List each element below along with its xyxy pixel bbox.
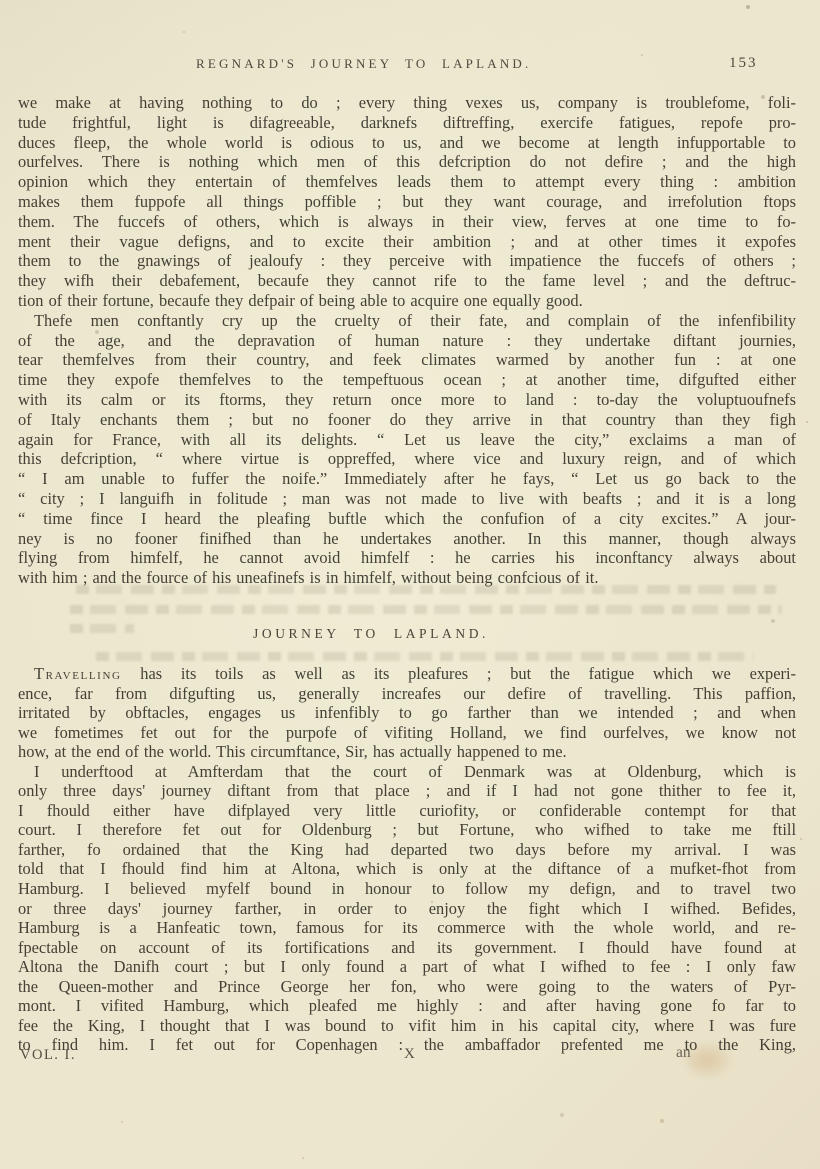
paragraph: we make at having nothing to do ; every … — [18, 93, 796, 311]
body-text-part2: Travelling has its toils as well as its … — [18, 664, 796, 1055]
text-line: with its calm or its ftorms, they return… — [18, 390, 796, 410]
text-line: with him ; and the fource of his uneafin… — [18, 568, 796, 588]
text-line: I fhould either have difplayed very litt… — [18, 801, 796, 821]
text-line: I underftood at Amfterdam that the court… — [18, 762, 796, 782]
text-line: farther, fo ordained that the King had d… — [18, 840, 796, 860]
paragraph: I underftood at Amfterdam that the court… — [18, 762, 796, 1055]
text-line: tion of their fortune, becaufe they defp… — [18, 291, 796, 311]
text-line: we fometimes fet out for the purpofe of … — [18, 723, 796, 743]
show-through-line — [70, 624, 134, 633]
text-line: how, at the end of the world. This circu… — [18, 742, 796, 762]
text-line: them. The fuccefs of others, which is al… — [18, 212, 796, 232]
text-line: of Italy enchants them ; but no fooner d… — [18, 410, 796, 430]
text-line: “ I am unable to fuffer the noife.” Imme… — [18, 469, 796, 489]
text-line: ney is no fooner finifhed than he undert… — [18, 529, 796, 549]
running-title: REGNARD'S JOURNEY TO LAPLAND. — [196, 56, 531, 72]
text-line: Hamburg is a Hanfeatic town, famous for … — [18, 918, 796, 938]
text-line: tude frightful, light is difagreeable, d… — [18, 113, 796, 133]
lead-word-smallcaps: Travelling — [34, 664, 122, 683]
text-line: Altona the Danifh court ; but I only fou… — [18, 957, 796, 977]
page-number: 153 — [729, 55, 758, 72]
text-line: of the age, and the depravation of human… — [18, 331, 796, 351]
text-line: fpectable on account of its fortificatio… — [18, 938, 796, 958]
paragraph: ence, far from difgufting us, generally … — [18, 684, 796, 762]
text-line: makes them fuppofe all things poffible ;… — [18, 192, 796, 212]
footer-catchword: an — [676, 1044, 691, 1062]
section-heading: JOURNEY TO LAPLAND. — [253, 626, 489, 642]
text-line: opinion which they entertain of themfelv… — [18, 172, 796, 192]
text-line: Thefe men conftantly cry up the cruelty … — [18, 311, 796, 331]
text-line: court. I therefore fet out for Oldenburg… — [18, 820, 796, 840]
text-line: tear themfelves from their country, and … — [18, 350, 796, 370]
text-line: ment their vague defigns, and to excite … — [18, 232, 796, 252]
text-line: “ time fince I heard the pleafing buftle… — [18, 509, 796, 529]
text-line: “ city ; I languifh in folitude ; man wa… — [18, 489, 796, 509]
text-line: flying from himfelf, he cannot avoid him… — [18, 548, 796, 568]
lead-line-rest: has its toils as well as its pleafures ;… — [122, 664, 796, 683]
paper-specks — [0, 0, 2, 2]
text-line: fee the King, I thought that I was bound… — [18, 1016, 796, 1036]
text-line: or three days' journey farther, in order… — [18, 899, 796, 919]
text-line: irritated by obftacles, engages us infen… — [18, 703, 796, 723]
paragraph: Travelling has its toils as well as its … — [18, 664, 796, 684]
text-line: Hamburg. I believed myfelf bound in hono… — [18, 879, 796, 899]
text-line: again for France, with all its delights.… — [18, 430, 796, 450]
text-line: duces fleep, the whole world is odious t… — [18, 133, 796, 153]
footer-signature-mark: X — [404, 1046, 415, 1063]
body-text-part1: we make at having nothing to do ; every … — [18, 93, 796, 588]
show-through-line — [96, 652, 754, 661]
text-line: we make at having nothing to do ; every … — [18, 93, 796, 113]
footer-volume-label: VOL. I. — [20, 1047, 76, 1064]
paragraph: Thefe men conftantly cry up the cruelty … — [18, 311, 796, 588]
show-through-line — [70, 605, 782, 614]
text-line: time they expofe themfelves to the tempe… — [18, 370, 796, 390]
text-line: them to the gnawings of jealoufy : they … — [18, 251, 796, 271]
text-line: the Queen-mother and Prince George her f… — [18, 977, 796, 997]
text-line: ence, far from difgufting us, generally … — [18, 684, 796, 704]
text-line: this defcription, “ where virtue is oppr… — [18, 449, 796, 469]
text-line: ourfelves. There is nothing which men of… — [18, 152, 796, 172]
text-line: told that I fhould find him at Altona, w… — [18, 859, 796, 879]
text-line: they wifh their debafement, becaufe they… — [18, 271, 796, 291]
text-line: only three days' journey diftant from th… — [18, 781, 796, 801]
paragraph-lead-line: Travelling has its toils as well as its … — [18, 664, 796, 684]
text-line: mont. I vifited Hamburg, which pleafed m… — [18, 996, 796, 1016]
